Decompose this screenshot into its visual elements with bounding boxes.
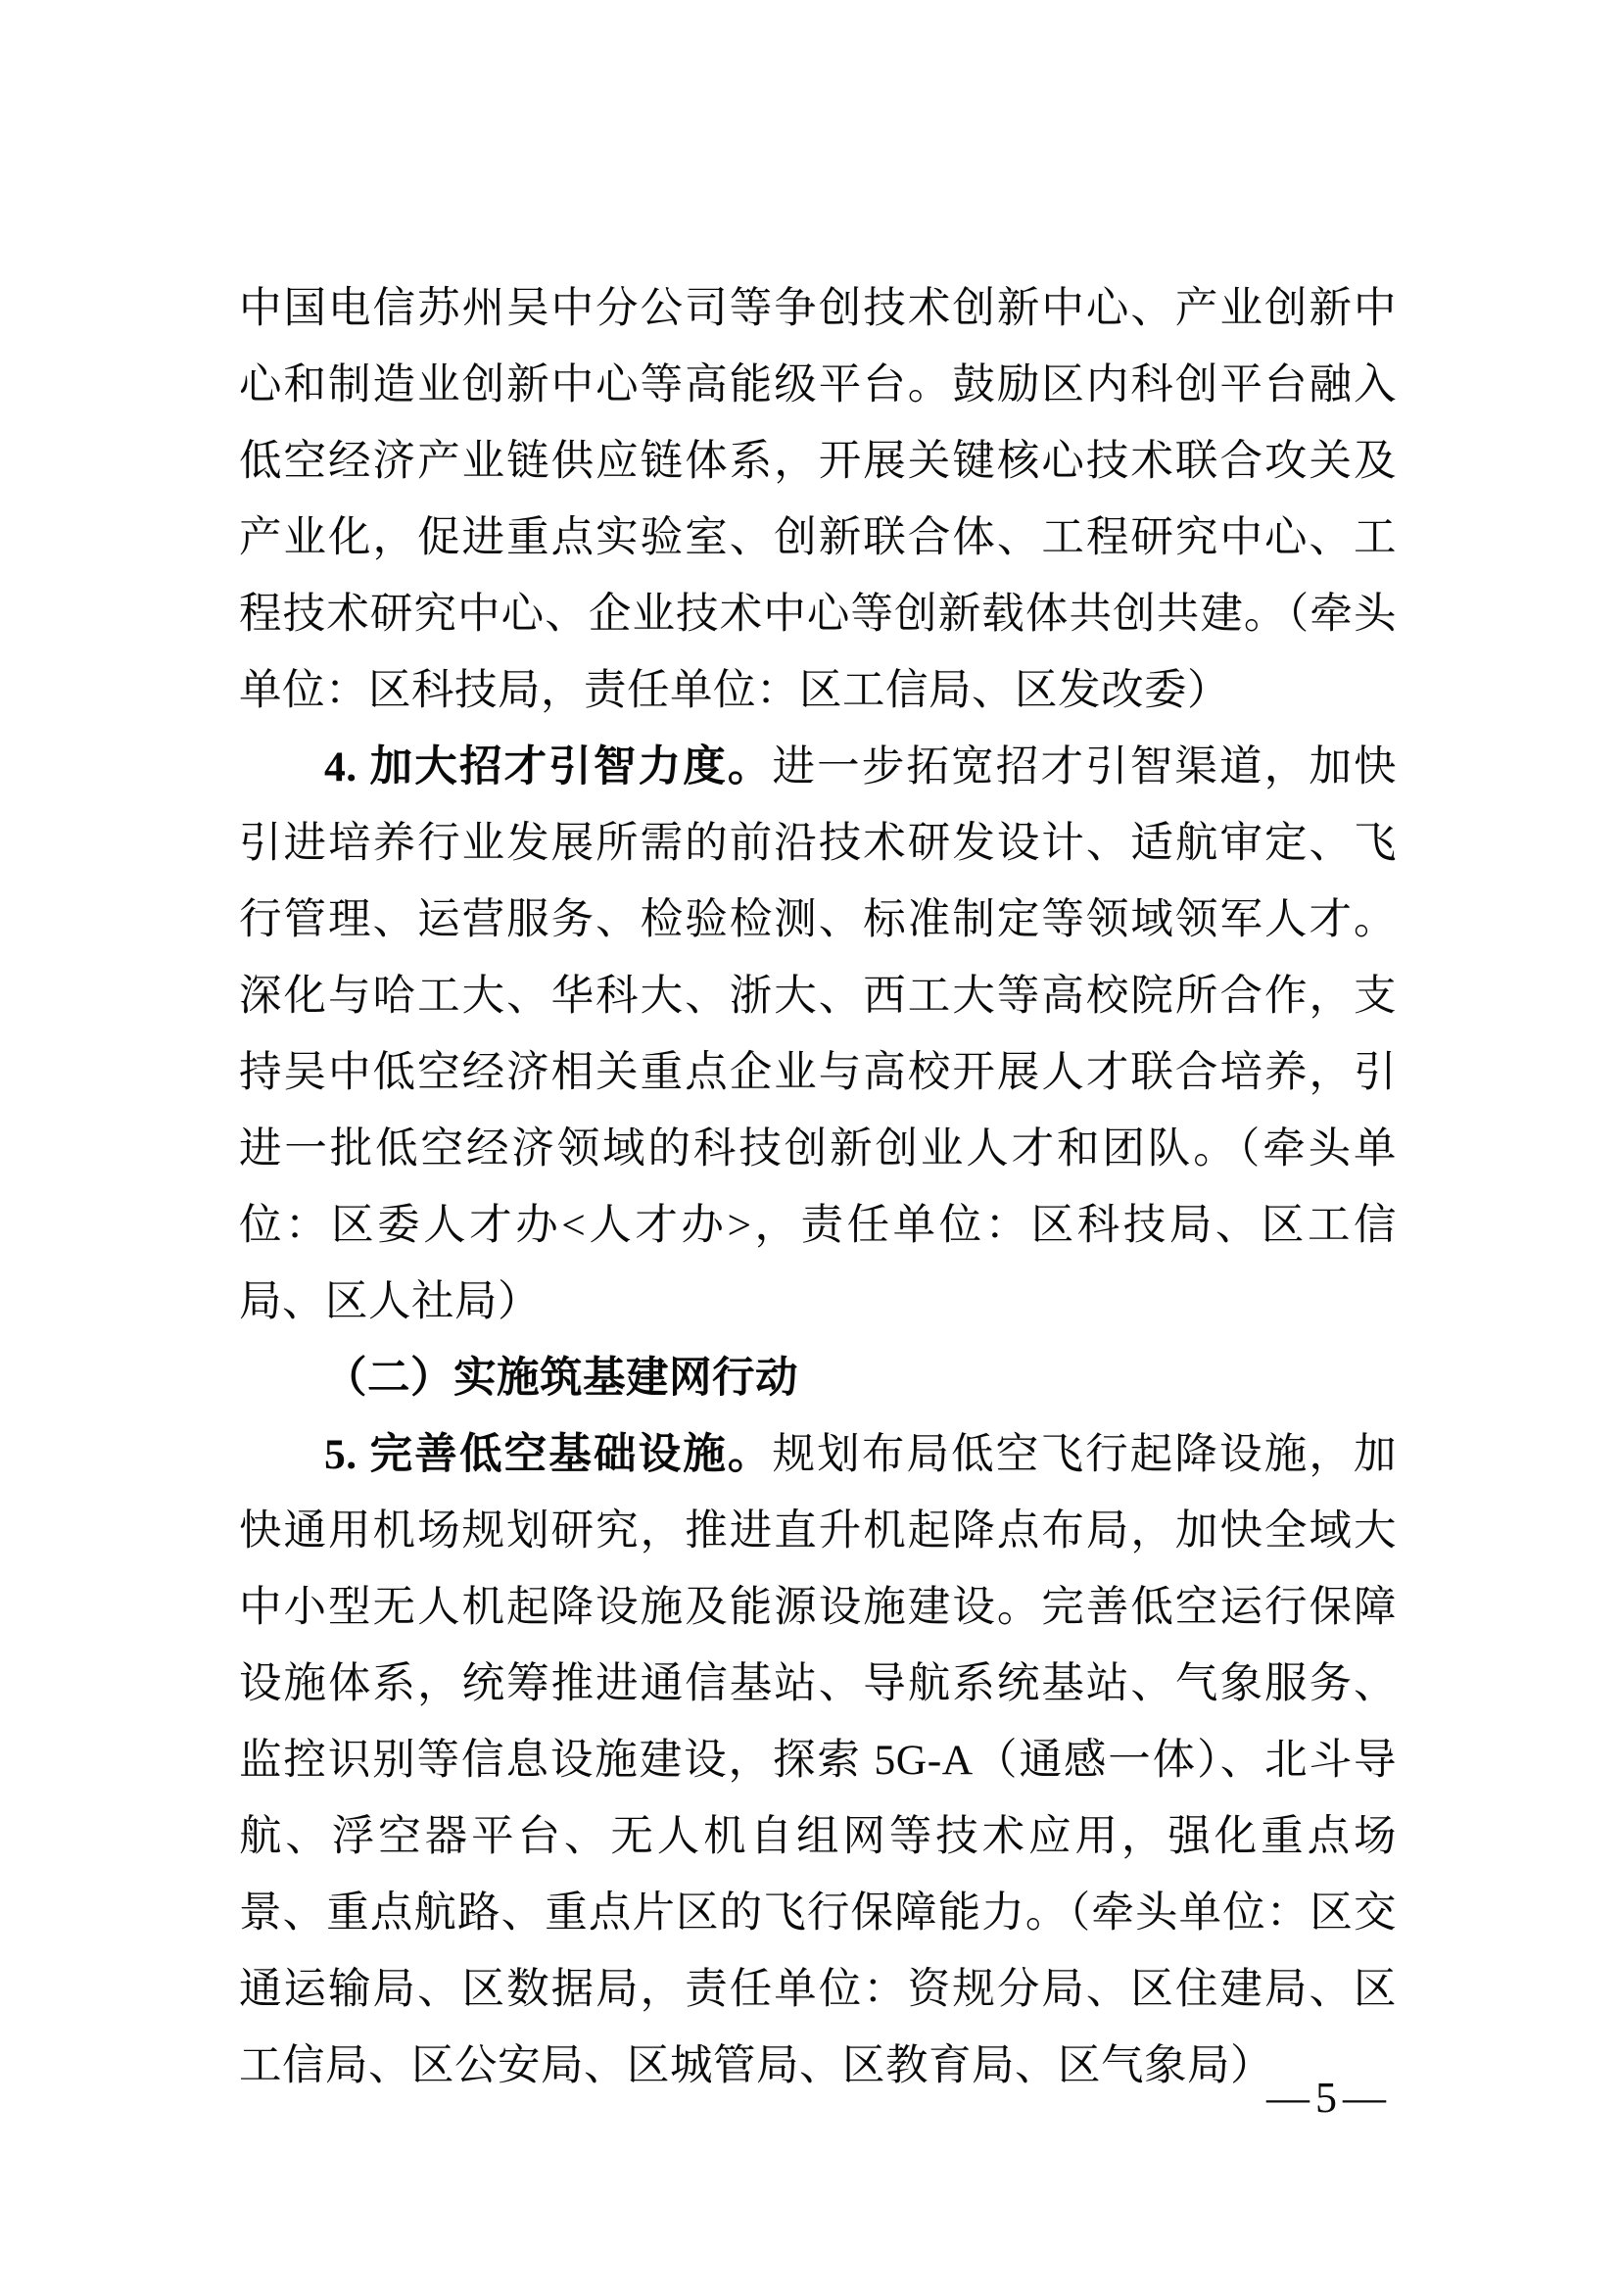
item-5-heading: 5. 完善低空基础设施。 [324,1431,773,1478]
section-heading-text: （二）实施筑基建网行动 [324,1355,798,1402]
paragraph-continuation: 中国电信苏州吴中分公司等争创技术创新中心、产业创新中心和制造业创新中心等高能级平… [239,270,1397,729]
item-4-heading: 4. 加大招才引智力度。 [324,743,773,790]
paragraph-item-4: 4. 加大招才引智力度。进一步拓宽招才引智渠道，加快引进培养行业发展所需的前沿技… [239,729,1397,1340]
page-number: —5— [1266,2069,1392,2128]
paragraph-item-5: 5. 完善低空基础设施。规划布局低空飞行起降设施，加快通用机场规划研究，推进直升… [239,1416,1397,2104]
paragraph-body-text: 中国电信苏州吴中分公司等争创技术创新中心、产业创新中心和制造业创新中心等高能级平… [239,285,1397,638]
paragraph-body-text: 规划布局低空飞行起降设施，加快通用机场规划研究，推进直升机起降点布局，加快全域大… [239,1431,1397,1937]
section-heading-2: （二）实施筑基建网行动 [239,1340,1397,1416]
document-page: 中国电信苏州吴中分公司等争创技术创新中心、产业创新中心和制造业创新中心等高能级平… [0,0,1619,2296]
document-body: 中国电信苏州吴中分公司等争创技术创新中心、产业创新中心和制造业创新中心等高能级平… [239,270,1397,2104]
paragraph-body-text: 进一步拓宽招才引智渠道，加快引进培养行业发展所需的前沿技术研发设计、适航审定、飞… [239,743,1397,1172]
